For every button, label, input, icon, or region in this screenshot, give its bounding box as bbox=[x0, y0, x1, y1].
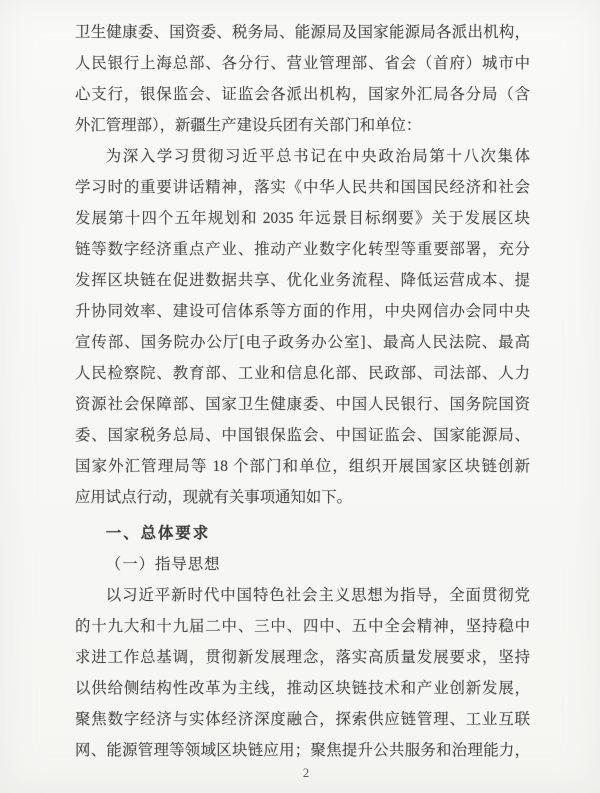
document-page: 卫生健康委、国资委、税务局、能源局及国家能源局各派出机构，人民银行上海总部、各分… bbox=[0, 0, 600, 793]
document-line: 发展第十四个五年规划和 2035 年远景目标纲要》关于发展区块 bbox=[75, 203, 530, 234]
document-line: （一）指导思想 bbox=[75, 549, 530, 580]
document-line: 人民检察院、教育部、工业和信息化部、民政部、司法部、人力 bbox=[75, 358, 530, 389]
document-line: 网、能源管理等领域区块链应用；聚焦提升公共服务和治理能力， bbox=[75, 735, 530, 766]
document-line: 以供给侧结构性改革为主线，推动区块链技术和产业创新发展， bbox=[75, 673, 530, 704]
document-line: 应用试点行动，现就有关事项通知如下。 bbox=[75, 482, 530, 513]
document-line: 发挥区块链在促进数据共享、优化业务流程、降低运营成本、提 bbox=[75, 265, 530, 296]
document-line: 求进工作总基调，贯彻新发展理念，落实高质量发展要求，坚持 bbox=[75, 642, 530, 673]
document-line: 一、总体要求 bbox=[75, 518, 530, 549]
page-number: 2 bbox=[0, 766, 600, 781]
document-line: 以习近平新时代中国特色社会主义思想为指导，全面贯彻党 bbox=[75, 580, 530, 611]
document-line: 升协同效率、建设可信体系等方面的作用，中央网信办会同中央 bbox=[75, 296, 530, 327]
document-line: 人民银行上海总部、各分行、营业管理部、省会（首府）城市中 bbox=[75, 48, 530, 79]
document-line: 为深入学习贯彻习近平总书记在中央政治局第十八次集体 bbox=[75, 141, 530, 172]
document-line: 聚焦数字经济与实体经济深度融合，探索供应链管理、工业互联 bbox=[75, 704, 530, 735]
document-line: 委、国家税务总局、中国银保监会、中国证监会、国家能源局、 bbox=[75, 420, 530, 451]
document-line: 心支行，银保监会、证监会各派出机构，国家外汇局各分局（含 bbox=[75, 79, 530, 110]
document-line: 外汇管理部），新疆生产建设兵团有关部门和单位： bbox=[75, 110, 530, 141]
document-line: 宣传部、国务院办公厅[电子政务办公室]、最高人民法院、最高 bbox=[75, 327, 530, 358]
document-line: 资源社会保障部、国家卫生健康委、中国人民银行、国务院国资 bbox=[75, 389, 530, 420]
document-line: 学习时的重要讲话精神，落实《中华人民共和国国民经济和社会 bbox=[75, 172, 530, 203]
document-line: 卫生健康委、国资委、税务局、能源局及国家能源局各派出机构， bbox=[75, 17, 530, 48]
document-line: 的十九大和十九届二中、三中、四中、五中全会精神，坚持稳中 bbox=[75, 611, 530, 642]
document-body: 卫生健康委、国资委、税务局、能源局及国家能源局各派出机构，人民银行上海总部、各分… bbox=[75, 17, 530, 766]
document-line: 链等数字经济重点产业、推动产业数字化转型等重要部署，充分 bbox=[75, 234, 530, 265]
document-line: 国家外汇管理局等 18 个部门和单位，组织开展国家区块链创新 bbox=[75, 451, 530, 482]
